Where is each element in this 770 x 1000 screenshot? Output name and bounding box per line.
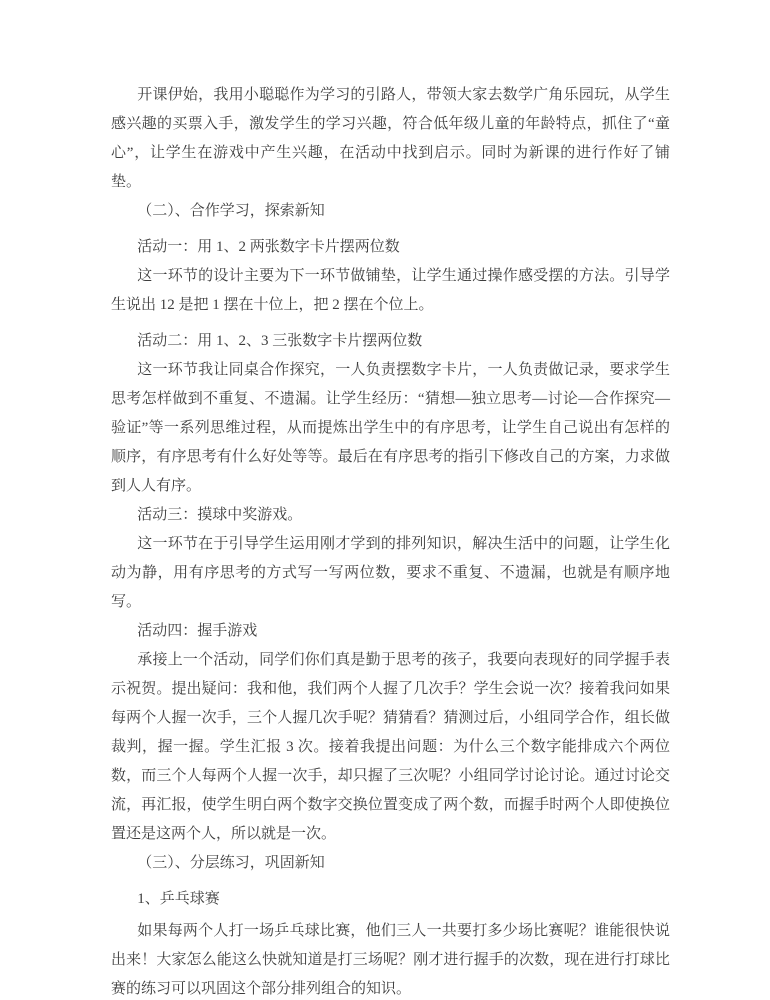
activity-1-heading: 活动一：用 1、2 两张数字卡片摆两位数 [111,233,670,262]
exercise-1-description: 如果每两个人打一场乒乓球比赛，他们三人一共要打多少场比赛呢？谁能很快说出来！大家… [111,917,670,1000]
exercise-1-heading: 1、乒乓球赛 [111,885,670,914]
section-heading-cooperative-learning: （二）、合作学习，探索新知 [111,197,670,226]
paragraph-intro: 开课伊始，我用小聪聪作为学习的引路人，带领大家去数学广角乐园玩，从学生感兴趣的买… [111,81,670,197]
section-heading-layered-practice: （三）、分层练习，巩固新知 [111,849,670,878]
activity-4-heading: 活动四：握手游戏 [111,617,670,646]
activity-2-description: 这一环节我让同桌合作探究，一人负责摆数字卡片，一人负责做记录，要求学生思考怎样做… [111,356,670,501]
document-page: 开课伊始，我用小聪聪作为学习的引路人，带领大家去数学广角乐园玩，从学生感兴趣的买… [0,0,770,1000]
activity-3-heading: 活动三：摸球中奖游戏。 [111,501,670,530]
activity-4-description: 承接上一个活动，同学们你们真是勤于思考的孩子，我要向表现好的同学握手表示祝贺。提… [111,646,670,849]
document-body: 开课伊始，我用小聪聪作为学习的引路人，带领大家去数学广角乐园玩，从学生感兴趣的买… [111,81,670,1000]
activity-1-description: 这一环节的设计主要为下一环节做铺垫，让学生通过操作感受摆的方法。引导学生说出 1… [111,262,670,320]
activity-3-description: 这一环节在于引导学生运用刚才学到的排列知识，解决生活中的问题，让学生化动为静，用… [111,530,670,617]
activity-2-heading: 活动二：用 1、2、3 三张数字卡片摆两位数 [111,327,670,356]
